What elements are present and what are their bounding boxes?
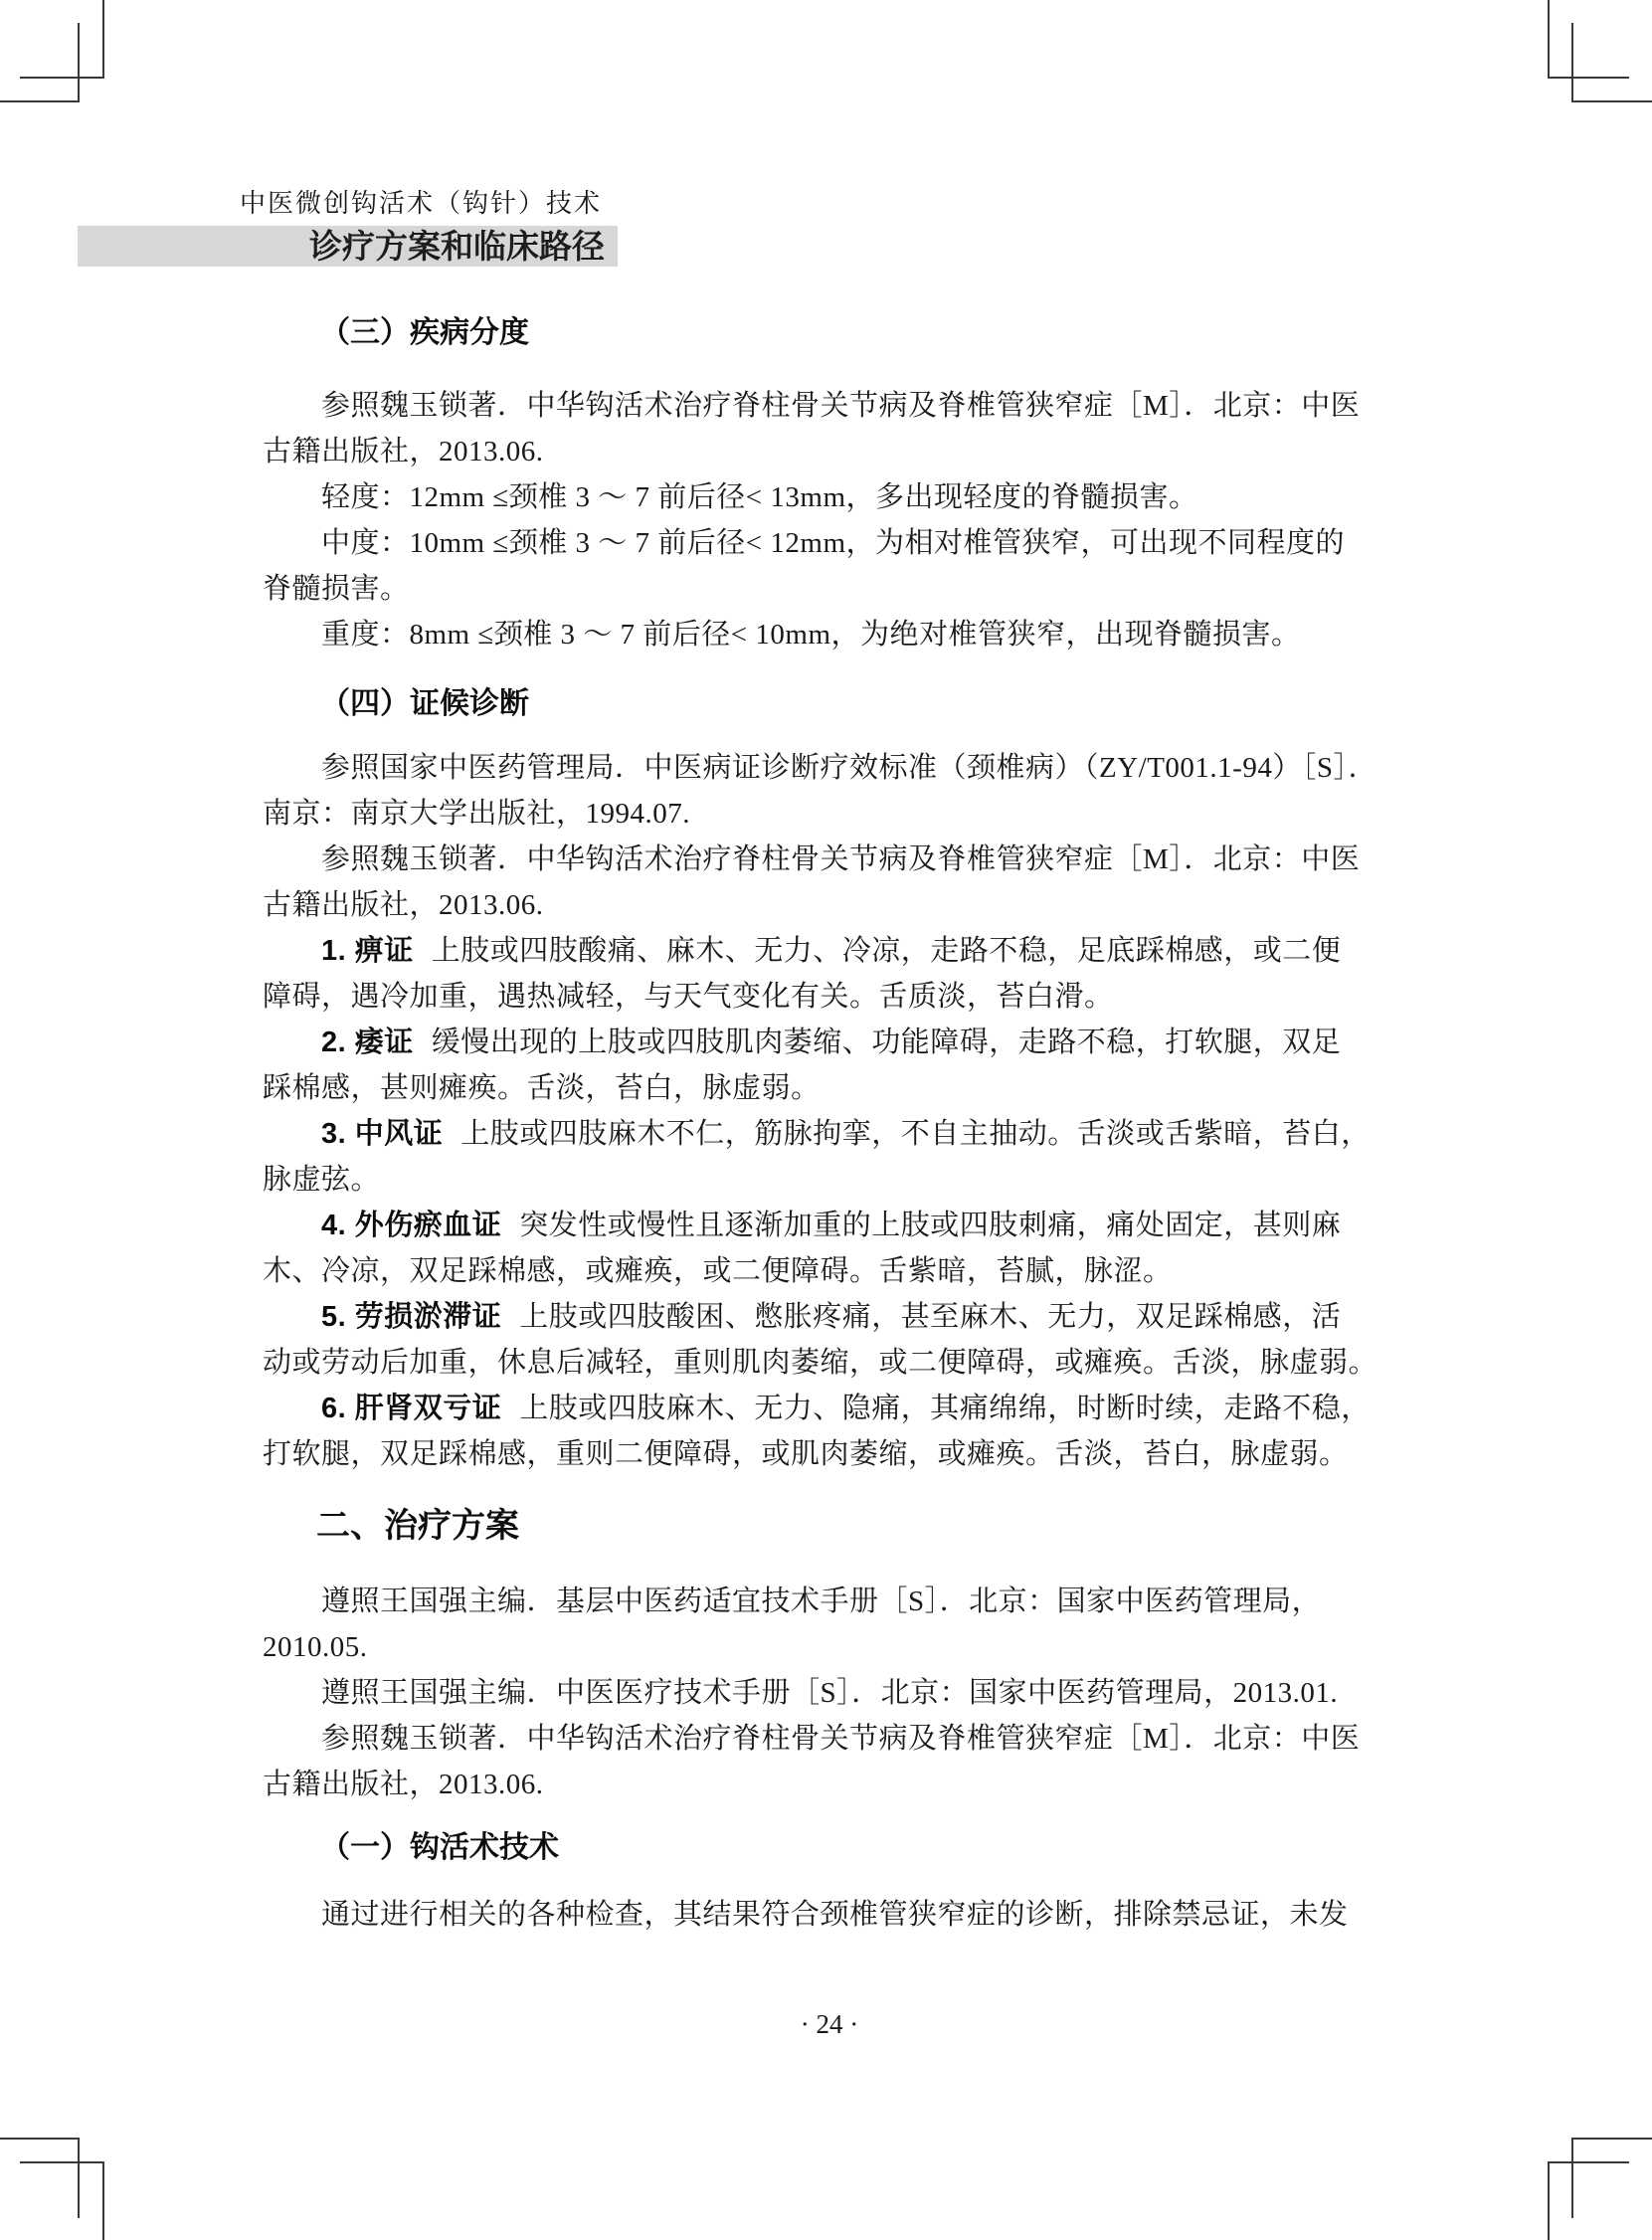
text-line: 南京：南京大学出版社，1994.07. [263,791,1396,837]
syndrome-item-line: 2. 痿证缓慢出现的上肢或四肢肌肉萎缩、功能障碍，走路不稳，打软腿，双足 [263,1020,1396,1065]
book-title: 中医微创钩活术（钩针）技术 [78,183,602,220]
crop-mark-top-left-inner [0,23,80,102]
crop-mark-bottom-left-inner [20,2161,104,2240]
heading-hook-technique: （一）钩活术技术 [320,1825,559,1871]
syndrome-item-label: 5. 劳损淤滞证 [321,1301,501,1333]
syndrome-item-text: 上肢或四肢麻木、无力、隐痛，其痛绵绵，时断时续，走路不稳， [519,1393,1371,1424]
text-line: 参照魏玉锁著．中华钩活术治疗脊柱骨关节病及脊椎管狭窄症［M］．北京：中医 [263,837,1396,882]
text-line: 重度：8mm ≤颈椎 3 ～ 7 前后径< 10mm，为绝对椎管狭窄，出现脊髓损… [263,612,1396,657]
text-line: 障碍，遇冷加重，遇热减轻，与天气变化有关。舌质淡，苔白滑。 [263,974,1396,1020]
chapter-banner-title: 诊疗方案和临床路径 [78,226,618,267]
text-line: 中度：10mm ≤颈椎 3 ～ 7 前后径< 12mm，为相对椎管狭窄，可出现不… [263,520,1396,566]
syndrome-diagnosis-body: 参照国家中医药管理局．中医病证诊断疗效标准（颈椎病）（ZY/T001.1-94）… [263,745,1396,1477]
page-number: · 24 · [263,2009,1396,2040]
treatment-plan-body: 遵照王国强主编．基层中医药适宜技术手册［S］．北京：国家中医药管理局， 2010… [263,1579,1396,1807]
crop-mark-top-right-inner [1571,23,1652,102]
text-line: 木、冷凉，双足踩棉感，或瘫痪，或二便障碍。舌紫暗，苔腻，脉涩。 [263,1248,1396,1294]
heading-syndrome-diagnosis: （四）证候诊断 [320,681,529,727]
syndrome-item-label: 1. 痹证 [321,935,414,967]
text-line: 参照魏玉锁著．中华钩活术治疗脊柱骨关节病及脊椎管狭窄症［M］．北京：中医 [263,1716,1396,1762]
syndrome-item-line: 3. 中风证上肢或四肢麻木不仁，筋脉拘挛，不自主抽动。舌淡或舌紫暗，苔白， [263,1111,1396,1157]
text-line: 2010.05. [263,1624,1396,1670]
heading-treatment-plan: 二、治疗方案 [316,1500,519,1552]
crop-mark-bottom-right-inner [1548,2161,1629,2240]
syndrome-item-text: 上肢或四肢酸困、憋胀疼痛，甚至麻木、无力，双足踩棉感，活 [519,1301,1341,1333]
disease-grading-body: 参照魏玉锁著．中华钩活术治疗脊柱骨关节病及脊椎管狭窄症［M］．北京：中医 古籍出… [263,383,1396,657]
syndrome-item-text: 上肢或四肢麻木不仁，筋脉拘挛，不自主抽动。舌淡或舌紫暗，苔白， [460,1118,1371,1150]
chapter-banner: 诊疗方案和临床路径 [78,226,618,267]
text-line: 轻度：12mm ≤颈椎 3 ～ 7 前后径< 13mm，多出现轻度的脊髓损害。 [263,474,1396,520]
text-line: 通过进行相关的各种检查，其结果符合颈椎管狭窄症的诊断，排除禁忌证，未发 [263,1892,1396,1938]
text-line: 古籍出版社，2013.06. [263,429,1396,474]
text-line: 脊髓损害。 [263,566,1396,612]
syndrome-item-line: 6. 肝肾双亏证上肢或四肢麻木、无力、隐痛，其痛绵绵，时断时续，走路不稳， [263,1386,1396,1431]
text-line: 踩棉感，甚则瘫痪。舌淡，苔白，脉虚弱。 [263,1065,1396,1111]
syndrome-item-line: 4. 外伤瘀血证突发性或慢性且逐渐加重的上肢或四肢刺痛，痛处固定，甚则麻 [263,1203,1396,1248]
text-line: 古籍出版社，2013.06. [263,1762,1396,1807]
syndrome-item-text: 上肢或四肢酸痛、麻木、无力、冷凉，走路不稳，足底踩棉感，或二便 [432,935,1342,967]
text-line: 遵照王国强主编．基层中医药适宜技术手册［S］．北京：国家中医药管理局， [263,1579,1396,1624]
syndrome-item-line: 5. 劳损淤滞证上肢或四肢酸困、憋胀疼痛，甚至麻木、无力，双足踩棉感，活 [263,1294,1396,1340]
syndrome-item-line: 1. 痹证上肢或四肢酸痛、麻木、无力、冷凉，走路不稳，足底踩棉感，或二便 [263,928,1396,974]
text-line: 参照国家中医药管理局．中医病证诊断疗效标准（颈椎病）（ZY/T001.1-94）… [263,745,1396,791]
text-line: 参照魏玉锁著．中华钩活术治疗脊柱骨关节病及脊椎管狭窄症［M］．北京：中医 [263,383,1396,429]
syndrome-item-label: 3. 中风证 [321,1118,443,1150]
text-line: 古籍出版社，2013.06. [263,882,1396,928]
syndrome-item-text: 突发性或慢性且逐渐加重的上肢或四肢刺痛，痛处固定，甚则麻 [519,1210,1341,1241]
syndrome-item-text: 缓慢出现的上肢或四肢肌肉萎缩、功能障碍，走路不稳，打软腿，双足 [432,1027,1342,1058]
text-line: 动或劳动后加重，休息后减轻，重则肌肉萎缩，或二便障碍，或瘫痪。舌淡，脉虚弱。 [263,1340,1396,1386]
text-line: 打软腿，双足踩棉感，重则二便障碍，或肌肉萎缩，或瘫痪。舌淡，苔白，脉虚弱。 [263,1431,1396,1477]
heading-disease-grading: （三）疾病分度 [320,310,529,356]
book-page: 中医微创钩活术（钩针）技术 诊疗方案和临床路径 （三）疾病分度 参照魏玉锁著．中… [0,0,1652,2240]
hook-technique-body: 通过进行相关的各种检查，其结果符合颈椎管狭窄症的诊断，排除禁忌证，未发 [263,1892,1396,1938]
text-line: 遵照王国强主编．中医医疗技术手册［S］．北京：国家中医药管理局，2013.01. [263,1670,1396,1716]
syndrome-item-label: 2. 痿证 [321,1027,414,1058]
syndrome-item-label: 4. 外伤瘀血证 [321,1210,501,1241]
syndrome-item-label: 6. 肝肾双亏证 [321,1393,501,1424]
text-line: 脉虚弦。 [263,1157,1396,1203]
